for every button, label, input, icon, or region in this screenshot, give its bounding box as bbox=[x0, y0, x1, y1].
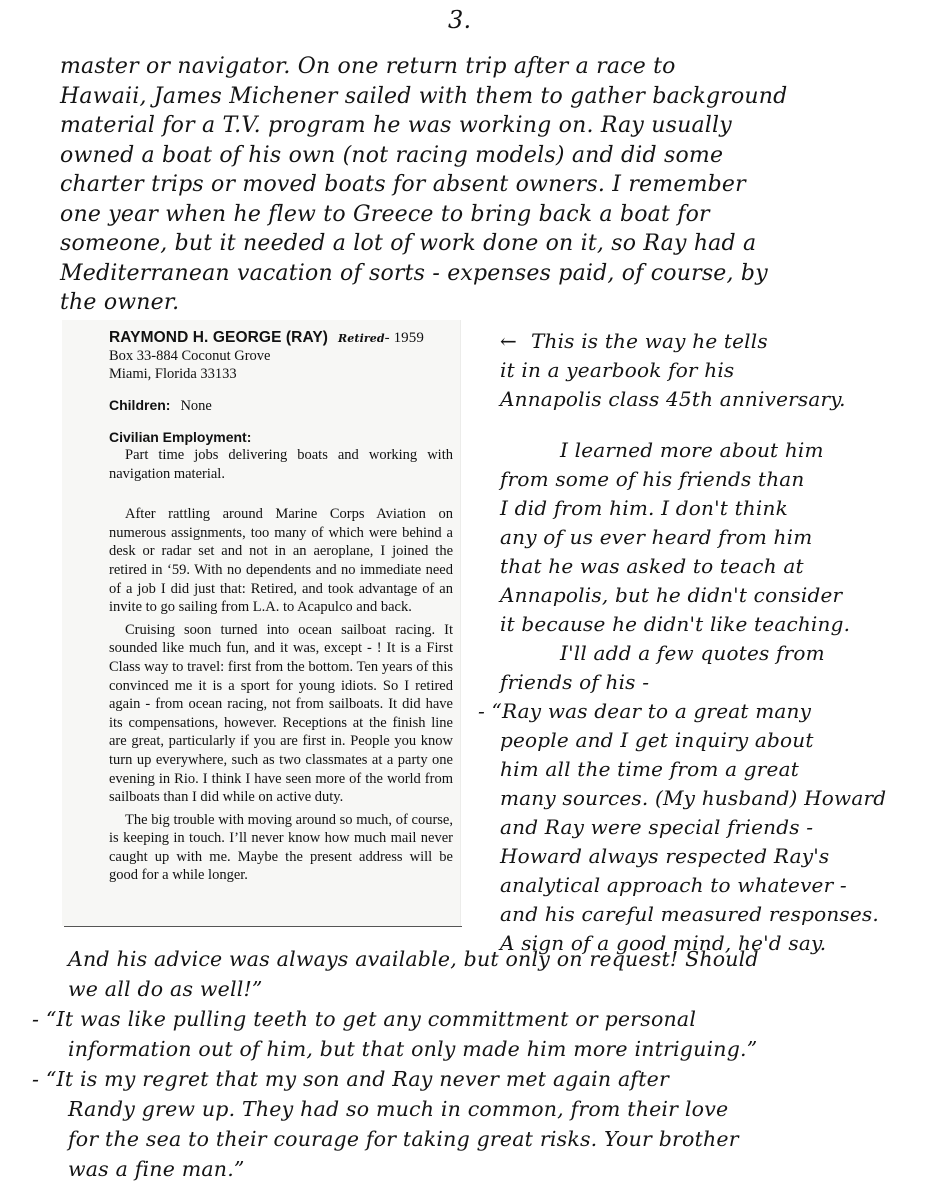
text-line: I learned more about him bbox=[500, 436, 920, 465]
clipping-bottom-rule bbox=[64, 926, 462, 927]
clipping-paragraph: Cruising soon turned into ocean sailboat… bbox=[109, 621, 453, 807]
retired-year: - 1959 bbox=[385, 330, 424, 346]
clipping-header: RAYMOND H. GEORGE (RAY)Retired- 1959 bbox=[109, 329, 453, 347]
address-line-1: Box 33-884 Coconut Grove bbox=[109, 347, 453, 365]
text-line: from some of his friends than bbox=[500, 465, 920, 494]
employment-label: Civilian Employment: bbox=[109, 429, 453, 445]
text-line: one year when he flew to Greece to bring… bbox=[60, 200, 910, 230]
yearbook-clipping: RAYMOND H. GEORGE (RAY)Retired- 1959 Box… bbox=[62, 320, 461, 926]
arrow-left-icon: ← bbox=[500, 327, 517, 356]
children-value: None bbox=[180, 398, 211, 414]
clipping-paragraph: After rattling around Marine Corps Aviat… bbox=[109, 505, 453, 617]
clipping-paragraph: The big trouble with moving around so mu… bbox=[109, 811, 453, 885]
quote-line: - “It is my regret that my son and Ray n… bbox=[32, 1064, 908, 1094]
address-line-2: Miami, Florida 33133 bbox=[109, 365, 453, 383]
text-line: master or navigator. On one return trip … bbox=[60, 52, 910, 82]
bottom-quotes: And his advice was always available, but… bbox=[68, 944, 908, 1184]
children-row: Children:None bbox=[109, 397, 453, 415]
quote-line: Randy grew up. They had so much in commo… bbox=[68, 1094, 908, 1124]
top-paragraph: master or navigator. On one return trip … bbox=[60, 52, 910, 318]
employment-section: Civilian Employment: Part time jobs deli… bbox=[109, 429, 453, 483]
quote-line: for the sea to their courage for taking … bbox=[68, 1124, 908, 1154]
quote-line: people and I get inquiry about bbox=[500, 726, 920, 755]
text-line: material for a T.V. program he was worki… bbox=[60, 111, 910, 141]
text-line: Hawaii, James Michener sailed with them … bbox=[60, 82, 910, 112]
clipping-content: RAYMOND H. GEORGE (RAY)Retired- 1959 Box… bbox=[109, 329, 453, 885]
quote-line: we all do as well!” bbox=[68, 974, 908, 1004]
side-note-line: it in a yearbook for his bbox=[500, 356, 920, 385]
text-line: I'll add a few quotes from bbox=[500, 639, 920, 668]
person-name: RAYMOND H. GEORGE (RAY) bbox=[109, 329, 328, 346]
text-line: charter trips or moved boats for absent … bbox=[60, 170, 910, 200]
quote-line: was a fine man.” bbox=[68, 1154, 908, 1184]
text-line: it because he didn't like teaching. bbox=[500, 610, 920, 639]
quote-line: him all the time from a great bbox=[500, 755, 920, 784]
text-line: that he was asked to teach at bbox=[500, 552, 920, 581]
text-line: any of us ever heard from him bbox=[500, 523, 920, 552]
quote-line: analytical approach to whatever - bbox=[500, 871, 920, 900]
quote-line: many sources. (My husband) Howard bbox=[500, 784, 920, 813]
quote-line: and Ray were special friends - bbox=[500, 813, 920, 842]
retired-note: Retired bbox=[338, 332, 385, 345]
spacer bbox=[500, 414, 920, 436]
text-line: friends of his - bbox=[500, 668, 920, 697]
right-column-notes: ←This is the way he tells it in a yearbo… bbox=[500, 327, 920, 958]
children-label: Children: bbox=[109, 397, 170, 413]
text-line: Mediterranean vacation of sorts - expens… bbox=[60, 259, 910, 289]
quote-line: - “It was like pulling teeth to get any … bbox=[32, 1004, 908, 1034]
employment-text: Part time jobs delivering boats and work… bbox=[109, 446, 453, 483]
quote-line: - “Ray was dear to a great many bbox=[478, 697, 920, 726]
text-line: owned a boat of his own (not racing mode… bbox=[60, 141, 910, 171]
text-line: Annapolis, but he didn't consider bbox=[500, 581, 920, 610]
quote-line: And his advice was always available, but… bbox=[68, 944, 908, 974]
side-note-line: ←This is the way he tells bbox=[500, 327, 920, 356]
page-number: 3. bbox=[448, 6, 471, 34]
text-line: the owner. bbox=[60, 288, 910, 318]
quote-line: and his careful measured responses. bbox=[500, 900, 920, 929]
quote-line: information out of him, but that only ma… bbox=[68, 1034, 908, 1064]
text-line: I did from him. I don't think bbox=[500, 494, 920, 523]
text-line: someone, but it needed a lot of work don… bbox=[60, 229, 910, 259]
quote-line: Howard always respected Ray's bbox=[500, 842, 920, 871]
side-note-line: Annapolis class 45th anniversary. bbox=[500, 385, 920, 414]
